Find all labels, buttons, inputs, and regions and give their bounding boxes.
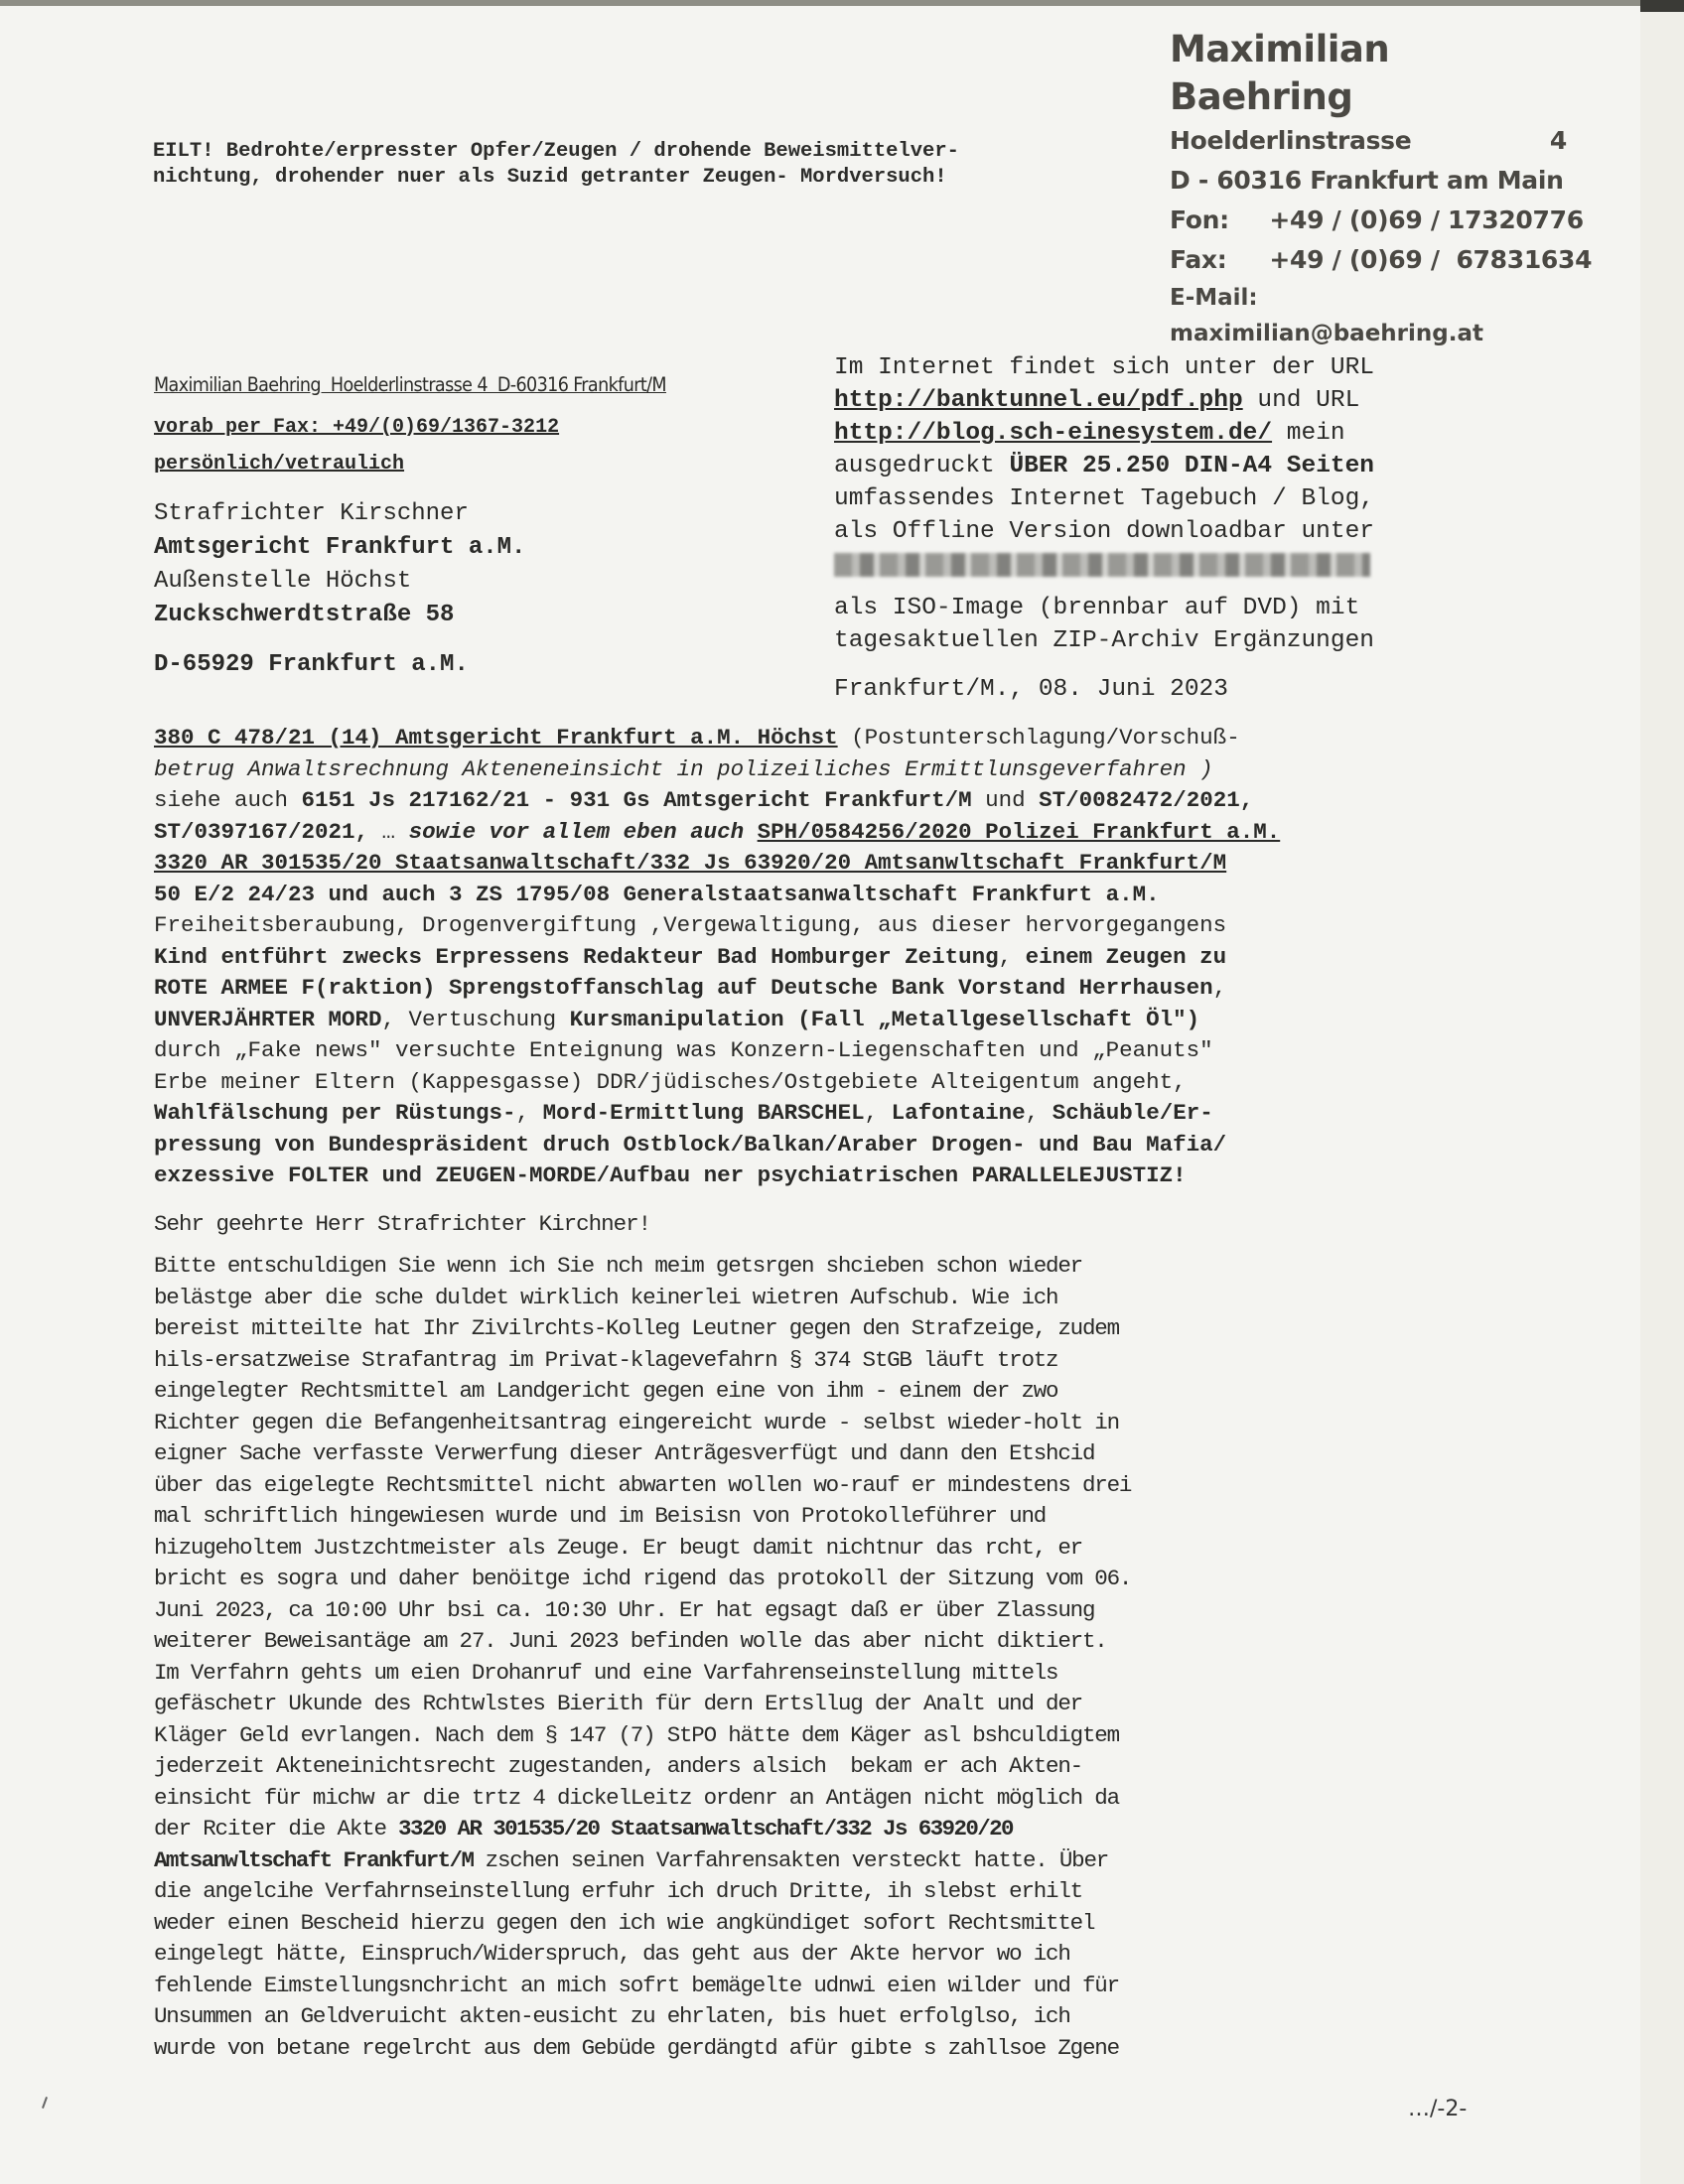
ref-text: einem Zeugen zu — [1026, 944, 1227, 970]
ref-line: durch „Fake news" versuchte Enteignung w… — [154, 1035, 1504, 1067]
notice-line: tagesaktuellen ZIP-Archiv Ergänzungen — [834, 624, 1509, 657]
scan-corner-shadow — [1640, 0, 1684, 12]
ref-text: ROTE ARMEE F(raktion) Sprengstoffanschla… — [154, 975, 1213, 1001]
banktunnel-link[interactable]: http://banktunnel.eu/pdf.php — [834, 387, 1243, 414]
notice-line: als Offline Version downloadbar unter — [834, 515, 1509, 548]
body-line: gefäschetr Ukunde des Rchtwlstes Bierith… — [154, 1689, 1504, 1720]
ref-text: Kind entführt zwecks Erpressens Redakteu… — [154, 944, 999, 970]
internet-notice: Im Internet findet sich unter der URL ht… — [834, 351, 1509, 706]
body-line: Im Verfahrn gehts um eien Drohanruf und … — [154, 1658, 1504, 1690]
recipient-court: Amtsgericht Frankfurt a.M. — [154, 531, 829, 565]
ref-line: 3320 AR 301535/20 Staatsanwaltschaft/332… — [154, 848, 1504, 880]
ref-text: , — [1213, 975, 1227, 1001]
ref-text: Wahlfälschung per Rüstungs- — [154, 1100, 516, 1126]
notice-text: mein — [1272, 420, 1345, 447]
letterhead-street: Hoelderlinstrasse — [1170, 121, 1411, 161]
urgent-line: nichtung, drohender nuer als Suzid getra… — [153, 165, 1146, 191]
notice-line: umfassendes Internet Tagebuch / Blog, — [834, 482, 1509, 515]
case-number: ST/0082472/2021, — [1039, 787, 1253, 813]
body-line: bricht es sogra und daher benöitge ichd … — [154, 1564, 1504, 1595]
letterhead-phone-row: Fon: +49 / (0)69 / 17320776 — [1170, 201, 1567, 240]
body-line: der Rciter die Akte 3320 AR 301535/20 St… — [154, 1814, 1504, 1845]
letterhead-city: D - 60316 Frankfurt am Main — [1170, 161, 1567, 201]
body-line: weiterer Beweisantäge am 27. Juni 2023 b… — [154, 1626, 1504, 1658]
body-line: bereist mitteilte hat Ihr Zivilrchts-Kol… — [154, 1313, 1504, 1345]
ref-text: , — [999, 944, 1026, 970]
scan-top-edge — [0, 0, 1684, 6]
notice-text: und URL — [1243, 387, 1360, 414]
case-number: 380 C 478/21 (14) Amtsgericht Frankfurt … — [154, 725, 838, 751]
page-count-highlight: ÜBER 25.250 DIN-A4 Seiten — [1009, 453, 1374, 479]
fax-label: Fax: — [1170, 240, 1261, 280]
ref-text: und — [972, 787, 1040, 813]
body-line: hils-ersatzweise Strafantrag im Privat-k… — [154, 1345, 1504, 1377]
ref-text: , — [516, 1100, 543, 1126]
body-text: zschen seinen Varfahrensakten versteckt … — [473, 1847, 1108, 1873]
body-line: jederzeit Akteneinichtsrecht zugestanden… — [154, 1751, 1504, 1783]
notice-line: Im Internet findet sich unter der URL — [834, 351, 1509, 384]
body-line: weder einen Bescheid hierzu gegen den ic… — [154, 1908, 1504, 1940]
ref-line: betrug Anwaltsrechnung Akteneneinsicht i… — [154, 754, 1504, 786]
phone-label: Fon: — [1170, 201, 1261, 240]
recipient-city: D-65929 Frankfurt a.M. — [154, 648, 829, 682]
case-number: 3320 AR 301535/20 Staatsanwaltschaft/332… — [398, 1816, 1013, 1842]
ref-text: Schäuble/Er- — [1052, 1100, 1213, 1126]
recipient-address: Strafrichter Kirschner Amtsgericht Frank… — [154, 497, 829, 682]
letterhead-name: Maximilian Baehring — [1170, 26, 1567, 121]
ref-text: , — [1026, 1100, 1052, 1126]
ref-line: Erbe meiner Eltern (Kappesgasse) DDR/jüd… — [154, 1067, 1504, 1099]
body-line: Amtsanwltschaft Frankfurt/M zschen seine… — [154, 1845, 1504, 1877]
urgent-notice: EILT! Bedrohte/erpresster Opfer/Zeugen /… — [153, 139, 1146, 191]
body-line: belästge aber die sche duldet wirklich k… — [154, 1283, 1504, 1314]
body-line: eingelegt hätte, Einspruch/Widerspruch, … — [154, 1939, 1504, 1971]
recipient-title: Strafrichter Kirschner — [154, 497, 829, 531]
blog-link[interactable]: http://blog.sch-einesystem.de/ — [834, 420, 1272, 447]
scan-mark — [42, 2097, 48, 2109]
recipient-street: Zuckschwerdtstraße 58 — [154, 599, 829, 632]
body-line: Unsummen an Geldveruicht akten-eusicht z… — [154, 2001, 1504, 2033]
address-block: Maximilian Baehring Hoelderlinstrasse 4 … — [154, 373, 829, 682]
ref-text: UNVERJÄHRTER MORD — [154, 1007, 382, 1032]
notice-line: http://banktunnel.eu/pdf.php und URL — [834, 384, 1509, 417]
ref-line: pressung von Bundespräsident druch Ostbl… — [154, 1130, 1504, 1161]
ref-line: 380 C 478/21 (14) Amtsgericht Frankfurt … — [154, 723, 1504, 754]
case-number: 6151 Js 217162/21 - 931 Gs Amtsgericht F… — [302, 787, 972, 813]
notice-line: http://blog.sch-einesystem.de/ mein — [834, 417, 1509, 450]
letterhead-email: E-Mail: maximilian@baehring.at — [1170, 280, 1567, 351]
letter-body: Bitte entschuldigen Sie wenn ich Sie nch… — [154, 1251, 1504, 2064]
phone-number: +49 / (0)69 / 17320776 — [1269, 205, 1583, 234]
body-line: eigner Sache verfasste Verwerfung dieser… — [154, 1438, 1504, 1470]
case-number: Amtsanwltschaft Frankfurt/M — [154, 1847, 473, 1873]
ref-text: , — [865, 1100, 892, 1126]
body-line: Bitte entschuldigen Sie wenn ich Sie nch… — [154, 1251, 1504, 1283]
body-line: fehlende Eimstellungsnchricht an mich so… — [154, 1971, 1504, 2002]
ref-line: exzessive FOLTER und ZEUGEN-MORDE/Aufbau… — [154, 1160, 1504, 1192]
fax-number: +49 / (0)69 / 67831634 — [1269, 245, 1592, 274]
ref-line: siehe auch 6151 Js 217162/21 - 931 Gs Am… — [154, 785, 1504, 817]
ref-text: … — [368, 819, 409, 845]
salutation: Sehr geehrte Herr Strafrichter Kirchner! — [154, 1211, 650, 1237]
ref-text: Lafontaine — [892, 1100, 1026, 1126]
fax-notice: vorab per Fax: +49/(0)69/1367-3212 — [154, 416, 829, 439]
ref-line: Freiheitsberaubung, Drogenvergiftung ,Ve… — [154, 910, 1504, 942]
body-line: hizugeholtem Justzchtmeister als Zeuge. … — [154, 1533, 1504, 1565]
body-line: Juni 2023, ca 10:00 Uhr bsi ca. 10:30 Uh… — [154, 1595, 1504, 1627]
letterhead: Maximilian Baehring Hoelderlinstrasse 4 … — [1170, 26, 1567, 351]
notice-text: ausgedruckt — [834, 453, 1009, 479]
body-line: mal schriftlich hingewiesen wurde und im… — [154, 1501, 1504, 1533]
ref-line: ROTE ARMEE F(raktion) Sprengstoffanschla… — [154, 973, 1504, 1005]
ref-text: Kursmanipulation (Fall „Metallgesellscha… — [570, 1007, 1200, 1032]
notice-line: ausgedruckt ÜBER 25.250 DIN-A4 Seiten — [834, 450, 1509, 482]
urgent-line: EILT! Bedrohte/erpresster Opfer/Zeugen /… — [153, 139, 1146, 165]
scan-right-edge — [1640, 0, 1684, 2184]
body-line: Richter gegen die Befangenheitsantrag ei… — [154, 1408, 1504, 1439]
body-text: der Rciter die Akte — [154, 1816, 398, 1842]
body-line: Kläger Geld evrlangen. Nach dem § 147 (7… — [154, 1720, 1504, 1752]
ref-line: Kind entführt zwecks Erpressens Redakteu… — [154, 942, 1504, 974]
sender-return-line: Maximilian Baehring Hoelderlinstrasse 4 … — [154, 373, 829, 396]
ref-text: , Vertuschung — [382, 1007, 570, 1032]
body-line: über das eigelegte Rechtsmittel nicht ab… — [154, 1470, 1504, 1502]
body-line: die angelcihe Verfahrnseinstellung erfuh… — [154, 1876, 1504, 1908]
page-continuation: …/-2- — [1408, 2097, 1467, 2121]
letter-date: Frankfurt/M., 08. Juni 2023 — [834, 673, 1509, 706]
ref-line: Wahlfälschung per Rüstungs-, Mord-Ermitt… — [154, 1098, 1504, 1130]
ref-line: UNVERJÄHRTER MORD, Vertuschung Kursmanip… — [154, 1005, 1504, 1036]
ref-text: sowie vor allem eben auch — [409, 819, 758, 845]
ref-text: Mord-Ermittlung BARSCHEL — [543, 1100, 865, 1126]
case-number: ST/0397167/2021, — [154, 819, 368, 845]
body-line: wurde von betane regelrcht aus dem Gebüd… — [154, 2033, 1504, 2065]
letterhead-street-row: Hoelderlinstrasse 4 — [1170, 121, 1567, 161]
ref-text: (Postunterschlagung/Vorschuß- — [838, 725, 1240, 751]
body-line: eingelegter Rechtsmittel am Landgericht … — [154, 1376, 1504, 1408]
redacted-url — [834, 553, 1370, 577]
body-line: einsicht für michw ar die trtz 4 dickelL… — [154, 1783, 1504, 1815]
case-number: SPH/0584256/2020 Polizei Frankfurt a.M. — [758, 819, 1281, 845]
letterhead-house-number: 4 — [1550, 121, 1567, 161]
notice-line: als ISO-Image (brennbar auf DVD) mit — [834, 592, 1509, 624]
case-references: 380 C 478/21 (14) Amtsgericht Frankfurt … — [154, 723, 1504, 1192]
ref-line: 50 E/2 24/23 und auch 3 ZS 1795/08 Gener… — [154, 880, 1504, 911]
letterhead-fax-row: Fax: +49 / (0)69 / 67831634 — [1170, 240, 1567, 280]
ref-text: siehe auch — [154, 787, 302, 813]
recipient-branch: Außenstelle Höchst — [154, 565, 829, 599]
ref-line: ST/0397167/2021, … sowie vor allem eben … — [154, 817, 1504, 849]
confidential-notice: persönlich/vetraulich — [154, 453, 829, 476]
